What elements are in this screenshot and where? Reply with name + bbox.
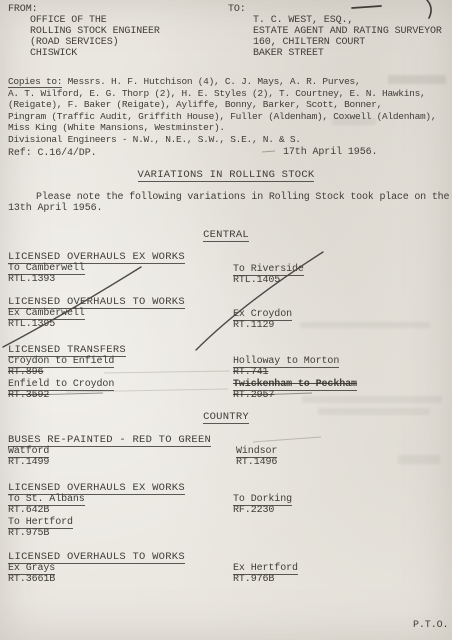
entry-place: Holloway to Morton bbox=[233, 356, 339, 367]
pen-squiggle-top bbox=[427, 0, 431, 18]
to-address-line: BAKER STREET bbox=[253, 48, 324, 59]
bleed-through-mark bbox=[302, 396, 442, 403]
entry-place: To St. Albans bbox=[8, 494, 85, 505]
date: 17th April 1956. bbox=[283, 147, 377, 158]
section-heading-central: CENTRAL bbox=[0, 230, 452, 241]
pencil-faint-line bbox=[253, 437, 321, 442]
from-label: FROM: bbox=[8, 4, 38, 15]
entry-place: Watford bbox=[8, 446, 49, 457]
entry-fleet-number: RT.1499 bbox=[8, 457, 49, 468]
pencil-faint-line bbox=[104, 371, 230, 373]
pen-dash-top bbox=[352, 6, 381, 8]
entry-fleet-number: RT.976B bbox=[233, 574, 274, 585]
entry-fleet-number: RF.2230 bbox=[233, 505, 274, 516]
group-heading: BUSES RE-PAINTED - RED TO GREEN bbox=[8, 435, 211, 446]
group-heading: LICENSED OVERHAULS TO WORKS bbox=[8, 297, 185, 308]
copies-paragraph: Copies to: Messrs. H. F. Hutchison (4), … bbox=[8, 76, 436, 146]
copies-line: Copies to: Messrs. H. F. Hutchison (4), … bbox=[8, 76, 436, 88]
to-label: TO: bbox=[228, 4, 246, 15]
intro-line: Please note the following variations in … bbox=[36, 192, 449, 203]
group-heading: LICENSED OVERHAULS EX WORKS bbox=[8, 252, 185, 263]
copies-line: A. T. Wilford, E. G. Thorp (2), H. E. St… bbox=[8, 88, 436, 100]
bleed-through-mark bbox=[332, 118, 376, 125]
pencil-dash bbox=[262, 151, 275, 152]
page-title: VARIATIONS IN ROLLING STOCK bbox=[0, 170, 452, 181]
entry-place: Windsor bbox=[236, 446, 277, 457]
memo-document: FROM: TO: OFFICE OF THE ROLLING STOCK EN… bbox=[0, 0, 452, 640]
bleed-through-mark bbox=[300, 322, 430, 328]
bleed-through-mark bbox=[388, 75, 446, 84]
entry-place: Croydon to Enfield bbox=[8, 356, 114, 367]
entry-fleet-number: RT.3592 bbox=[8, 390, 49, 401]
entry-fleet-number: RT.2957 bbox=[233, 390, 274, 401]
copies-line: (Reigate), F. Baker (Reigate), Ayliffe, … bbox=[8, 99, 436, 111]
entry-fleet-number: RT.741 bbox=[233, 367, 268, 378]
entry-place: To Riverside bbox=[233, 264, 304, 275]
entry-place: Ex Grays bbox=[8, 563, 55, 574]
bleed-through-mark bbox=[398, 455, 440, 464]
from-address-line: CHISWICK bbox=[30, 48, 77, 59]
entry-place: To Camberwell bbox=[8, 263, 85, 274]
group-heading: LICENSED OVERHAULS TO WORKS bbox=[8, 552, 185, 563]
from-address-line: (ROAD SERVICES) bbox=[30, 37, 119, 48]
to-address-line: 160, CHILTERN COURT bbox=[253, 37, 365, 48]
entry-fleet-number: RT.642B bbox=[8, 505, 49, 516]
to-address-line: T. C. WEST, ESQ., bbox=[253, 15, 353, 26]
pto-label: P.T.O. bbox=[413, 620, 448, 631]
group-heading: LICENSED TRANSFERS bbox=[8, 345, 126, 356]
entry-fleet-number: RTL.1395 bbox=[8, 319, 55, 330]
entry-place: Enfield to Croydon bbox=[8, 379, 114, 390]
copies-line: Divisional Engineers - N.W., N.E., S.W.,… bbox=[8, 134, 436, 146]
entry-fleet-number: RT.3661B bbox=[8, 574, 55, 585]
copies-label: Copies to: bbox=[8, 76, 62, 88]
from-address-line: OFFICE OF THE bbox=[30, 15, 107, 26]
entry-place: To Dorking bbox=[233, 494, 292, 505]
entry-place: Twickenham to Peckham bbox=[233, 379, 357, 390]
entry-fleet-number: RTL.1405 bbox=[233, 275, 280, 286]
intro-line: 13th April 1956. bbox=[8, 203, 102, 214]
to-address-line: ESTATE AGENT AND RATING SURVEYOR bbox=[253, 26, 442, 37]
entry-fleet-number: RT.975B bbox=[8, 528, 49, 539]
entry-place: Ex Camberwell bbox=[8, 308, 85, 319]
entry-fleet-number: RT.896 bbox=[8, 367, 43, 378]
from-address-line: ROLLING STOCK ENGINEER bbox=[30, 26, 160, 37]
entry-place: Ex Hertford bbox=[233, 563, 298, 574]
ref-number: Ref: C.16/4/DP. bbox=[8, 148, 97, 159]
group-heading: LICENSED OVERHAULS EX WORKS bbox=[8, 483, 185, 494]
entry-fleet-number: RTL.1393 bbox=[8, 274, 55, 285]
bleed-through-mark bbox=[318, 408, 430, 415]
entry-fleet-number: RT.1129 bbox=[233, 320, 274, 331]
entry-place: To Hertford bbox=[8, 517, 73, 528]
entry-fleet-number: RT.1496 bbox=[236, 457, 277, 468]
entry-place: Ex Croydon bbox=[233, 309, 292, 320]
